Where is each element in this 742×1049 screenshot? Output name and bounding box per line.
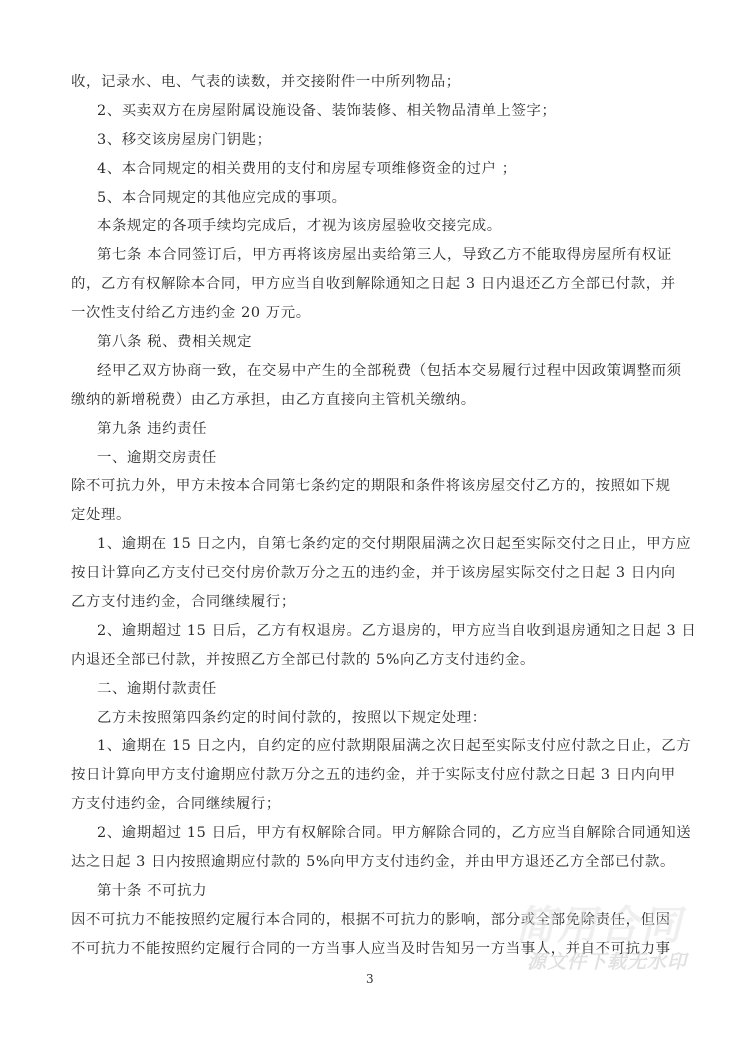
text-line: 2、逾期超过 15 日后，甲方有权解除合同。甲方解除合同的，乙方应当自解除合同通…	[71, 819, 671, 848]
document-page: 收，记录水、电、气表的读数，并交接附件一中所列物品； 2、买卖双方在房屋附属设施…	[0, 0, 742, 1049]
text-line: 方支付违约金，合同继续履行；	[71, 790, 671, 819]
text-line: 1、逾期在 15 日之内，自第七条约定的交付期限届满之次日起至实际交付之日止，甲…	[71, 530, 671, 559]
text-line: 的，乙方有权解除本合同，甲方应当自收到解除通知之日起 3 日内退还乙方全部已付款…	[71, 270, 671, 299]
text-line: 一次性支付给乙方违约金 20 万元。	[71, 299, 671, 328]
article-7-heading-line: 第七条 本合同签订后，甲方再将该房屋出卖给第三人，导致乙方不能取得房屋所有权证	[71, 241, 671, 270]
document-body: 收，记录水、电、气表的读数，并交接附件一中所列物品； 2、买卖双方在房屋附属设施…	[71, 68, 671, 964]
article-8-heading: 第八条 税、费相关规定	[71, 328, 671, 357]
article-9-heading: 第九条 违约责任	[71, 415, 671, 444]
text-line: 因不可抗力不能按照约定履行本合同的，根据不可抗力的影响，部分或全部免除责任，但因	[71, 906, 671, 935]
text-line: 4、本合同规定的相关费用的支付和房屋专项维修资金的过户 ；	[71, 155, 671, 184]
text-line: 达之日起 3 日内按照逾期应付款的 5%向甲方支付违约金，并由甲方退还乙方全部已…	[71, 848, 671, 877]
text-line: 本条规定的各项手续均完成后，才视为该房屋验收交接完成。	[71, 212, 671, 241]
text-line: 3、移交该房屋房门钥匙；	[71, 126, 671, 155]
text-line: 2、逾期超过 15 日后，乙方有权退房。乙方退房的，甲方应当自收到退房通知之日起…	[71, 617, 671, 646]
text-line: 除不可抗力外，甲方未按本合同第七条约定的期限和条件将该房屋交付乙方的，按照如下规	[71, 472, 671, 501]
subsection-heading: 一、逾期交房责任	[71, 444, 671, 473]
text-line: 定处理。	[71, 501, 671, 530]
text-line: 按日计算向乙方支付已交付房价款万分之五的违约金，并于该房屋实际交付之日起 3 日…	[71, 559, 671, 588]
text-line: 乙方未按照第四条约定的时间付款的，按照以下规定处理：	[71, 704, 671, 733]
text-line: 内退还全部已付款，并按照乙方全部已付款的 5%向乙方支付违约金。	[71, 646, 671, 675]
page-number: 3	[366, 972, 374, 986]
text-line: 1、逾期在 15 日之内，自约定的应付款期限届满之次日起至实际支付应付款之日止，…	[71, 732, 671, 761]
text-line: 5、本合同规定的其他应完成的事项。	[71, 184, 671, 213]
subsection-heading: 二、逾期付款责任	[71, 675, 671, 704]
text-line: 按日计算向甲方支付逾期应付款万分之五的违约金，并于实际支付应付款之日起 3 日内…	[71, 761, 671, 790]
article-10-heading: 第十条 不可抗力	[71, 877, 671, 906]
text-line: 缴纳的新增税费）由乙方承担，由乙方直接向主管机关缴纳。	[71, 386, 671, 415]
text-line: 2、买卖双方在房屋附属设施设备、装饰装修、相关物品清单上签字；	[71, 97, 671, 126]
text-line: 不可抗力不能按照约定履行合同的一方当事人应当及时告知另一方当事人，并自不可抗力事	[71, 935, 671, 964]
text-line: 收，记录水、电、气表的读数，并交接附件一中所列物品；	[71, 68, 671, 97]
text-line: 经甲乙双方协商一致，在交易中产生的全部税费（包括本交易履行过程中因政策调整而须	[71, 357, 671, 386]
text-line: 乙方支付违约金，合同继续履行；	[71, 588, 671, 617]
